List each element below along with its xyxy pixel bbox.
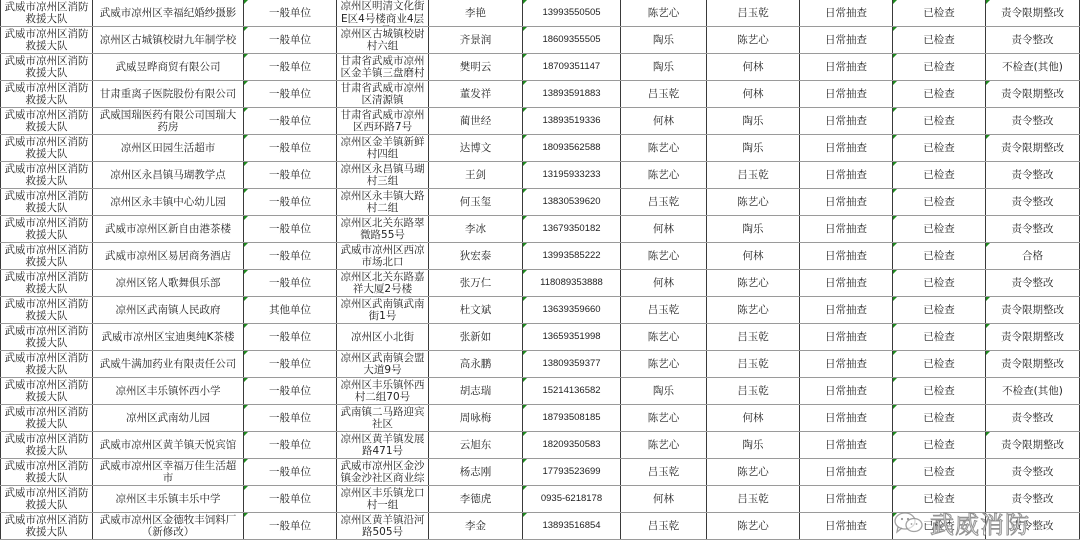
check-type-cell[interactable]: 日常抽查 [800, 54, 893, 81]
brigade-cell[interactable]: 武威市凉州区消防救援大队 [1, 486, 93, 513]
inspector2-cell[interactable]: 陈艺心 [707, 297, 800, 324]
unit-name-cell[interactable]: 凉州区武南幼儿园 [93, 405, 244, 432]
contact-cell[interactable]: 李德虎 [429, 486, 523, 513]
address-cell[interactable]: 凉州区丰乐镇怀西村二组70号 [337, 378, 429, 405]
unit-type-cell[interactable]: 一般单位 [244, 378, 337, 405]
contact-cell-text: 何玉玺 [431, 196, 520, 209]
unit-name-cell[interactable]: 凉州区丰乐镇怀西小学 [93, 378, 244, 405]
inspector2-cell[interactable]: 陈艺心 [707, 459, 800, 486]
brigade-cell[interactable]: 武威市凉州区消防救援大队 [1, 459, 93, 486]
brigade-cell[interactable]: 武威市凉州区消防救援大队 [1, 81, 93, 108]
inspector1-cell[interactable]: 陈艺心 [621, 351, 707, 378]
inspector2-cell[interactable]: 吕玉乾 [707, 351, 800, 378]
unit-name-cell[interactable]: 凉州区永昌镇马瑚教学点 [93, 162, 244, 189]
contact-cell[interactable]: 王剑 [429, 162, 523, 189]
brigade-cell[interactable]: 武威市凉州区消防救援大队 [1, 432, 93, 459]
result-cell-text: 合格 [988, 250, 1077, 263]
brigade-cell[interactable]: 武威市凉州区消防救援大队 [1, 216, 93, 243]
unit-type-cell-text: 一般单位 [246, 169, 334, 182]
status-cell[interactable]: 已检查 [893, 0, 986, 27]
unit-name-cell[interactable]: 凉州区田园生活超市 [93, 135, 244, 162]
contact-cell[interactable]: 齐景润 [429, 27, 523, 54]
inspector2-cell-text: 陈艺心 [709, 277, 797, 290]
inspector2-cell[interactable]: 陈艺心 [707, 513, 800, 540]
address-cell-text: 凉州区丰乐镇龙口村一组 [339, 487, 426, 512]
phone-cell[interactable]: 13893516854 [523, 513, 621, 540]
brigade-cell[interactable]: 武威市凉州区消防救援大队 [1, 405, 93, 432]
brigade-cell[interactable]: 武威市凉州区消防救援大队 [1, 135, 93, 162]
phone-cell[interactable]: 13659351998 [523, 324, 621, 351]
unit-name-cell[interactable]: 武威市凉州区新自由港茶楼 [93, 216, 244, 243]
phone-cell[interactable]: 118089353888 [523, 270, 621, 297]
address-cell[interactable]: 凉州区北关东路嘉祥大厦2号楼 [337, 270, 429, 297]
unit-name-cell-text: 甘肃重离子医院股份有限公司 [95, 88, 241, 101]
address-cell[interactable]: 凉州区北关东路翠微路55号 [337, 216, 429, 243]
inspector1-cell[interactable]: 吕玉乾 [621, 189, 707, 216]
brigade-cell[interactable]: 武威市凉州区消防救援大队 [1, 27, 93, 54]
check-type-cell-text: 日常抽查 [802, 304, 890, 317]
phone-cell[interactable]: 13679350182 [523, 216, 621, 243]
unit-type-cell[interactable]: 一般单位 [244, 216, 337, 243]
unit-name-cell[interactable]: 武威牛满加药业有限责任公司 [93, 351, 244, 378]
inspector2-cell[interactable]: 吕玉乾 [707, 162, 800, 189]
unit-name-cell[interactable]: 武威国瑞医药有限公司国瑞大药房 [93, 108, 244, 135]
inspector2-cell-text: 陈艺心 [709, 466, 797, 479]
brigade-cell-text: 武威市凉州区消防救援大队 [3, 1, 90, 26]
table-row: 武威市凉州区消防救援大队凉州区武南幼儿园一般单位武南镇二马路迎宾社区周咏梅187… [1, 405, 1080, 432]
result-cell[interactable]: 责令整改 [986, 162, 1080, 189]
inspector1-cell[interactable]: 陈艺心 [621, 162, 707, 189]
contact-cell[interactable]: 张万仁 [429, 270, 523, 297]
inspector1-cell-text: 陈艺心 [623, 331, 704, 344]
contact-cell-text: 胡志瑞 [431, 385, 520, 398]
inspector1-cell-text: 陈艺心 [623, 439, 704, 452]
unit-type-cell[interactable]: 一般单位 [244, 81, 337, 108]
check-type-cell[interactable]: 日常抽查 [800, 459, 893, 486]
result-cell[interactable]: 不检查(其他) [986, 54, 1080, 81]
unit-type-cell-text: 一般单位 [246, 412, 334, 425]
inspector2-cell[interactable]: 吕玉乾 [707, 0, 800, 27]
contact-cell-text: 樊明云 [431, 61, 520, 74]
inspector2-cell[interactable]: 陶乐 [707, 432, 800, 459]
result-cell[interactable]: 责令整改 [986, 270, 1080, 297]
unit-name-cell-text: 武威市凉州区黄羊镇天悦宾馆 [95, 439, 241, 452]
status-cell[interactable]: 已检查 [893, 270, 986, 297]
inspector2-cell-text: 吕玉乾 [709, 7, 797, 20]
unit-name-cell[interactable]: 凉州区铭人歌舞俱乐部 [93, 270, 244, 297]
status-cell-text: 已检查 [895, 412, 983, 425]
status-cell[interactable]: 已检查 [893, 216, 986, 243]
address-cell[interactable]: 凉州区黄羊镇发展路471号 [337, 432, 429, 459]
phone-cell[interactable]: 18793508185 [523, 405, 621, 432]
unit-type-cell[interactable]: 一般单位 [244, 54, 337, 81]
unit-name-cell[interactable]: 凉州区永丰镇中心幼儿园 [93, 189, 244, 216]
phone-cell[interactable]: 0935-6218178 [523, 486, 621, 513]
contact-cell-text: 张新如 [431, 331, 520, 344]
phone-cell[interactable]: 13993585222 [523, 243, 621, 270]
phone-cell[interactable]: 18209350583 [523, 432, 621, 459]
unit-name-cell-text: 武威昱晔商贸有限公司 [95, 61, 241, 74]
unit-type-cell[interactable]: 一般单位 [244, 486, 337, 513]
brigade-cell[interactable]: 武威市凉州区消防救援大队 [1, 297, 93, 324]
status-cell[interactable]: 已检查 [893, 405, 986, 432]
status-cell-text: 已检查 [895, 115, 983, 128]
inspector2-cell[interactable]: 陶乐 [707, 135, 800, 162]
check-type-cell[interactable]: 日常抽查 [800, 513, 893, 540]
check-type-cell[interactable]: 日常抽查 [800, 486, 893, 513]
table-row: 武威市凉州区消防救援大队凉州区丰乐镇怀西小学一般单位凉州区丰乐镇怀西村二组70号… [1, 378, 1080, 405]
unit-type-cell[interactable]: 一般单位 [244, 135, 337, 162]
unit-type-cell[interactable]: 一般单位 [244, 351, 337, 378]
contact-cell[interactable]: 狄宏泰 [429, 243, 523, 270]
status-cell-text: 已检查 [895, 142, 983, 155]
unit-type-cell[interactable]: 一般单位 [244, 324, 337, 351]
result-cell[interactable]: 责令整改 [986, 513, 1080, 540]
contact-cell[interactable]: 胡志瑞 [429, 378, 523, 405]
result-cell-text: 责令限期整改 [988, 358, 1077, 371]
phone-cell[interactable]: 13809359377 [523, 351, 621, 378]
unit-name-cell-text: 武威市凉州区易居商务酒店 [95, 250, 241, 263]
address-cell[interactable]: 凉州区永昌镇马瑚村三组 [337, 162, 429, 189]
result-cell[interactable]: 责令限期整改 [986, 432, 1080, 459]
contact-cell[interactable]: 杜文斌 [429, 297, 523, 324]
check-type-cell[interactable]: 日常抽查 [800, 216, 893, 243]
contact-cell[interactable]: 李艳 [429, 0, 523, 27]
inspector1-cell[interactable]: 陶乐 [621, 54, 707, 81]
contact-cell[interactable]: 董发祥 [429, 81, 523, 108]
check-type-cell[interactable]: 日常抽查 [800, 378, 893, 405]
brigade-cell[interactable]: 武威市凉州区消防救援大队 [1, 351, 93, 378]
contact-cell-text: 李艳 [431, 7, 520, 20]
unit-type-cell[interactable]: 一般单位 [244, 108, 337, 135]
table-row: 武威市凉州区消防救援大队凉州区铭人歌舞俱乐部一般单位凉州区北关东路嘉祥大厦2号楼… [1, 270, 1080, 297]
result-cell[interactable]: 责令整改 [986, 27, 1080, 54]
check-type-cell[interactable]: 日常抽查 [800, 135, 893, 162]
unit-type-cell[interactable]: 一般单位 [244, 27, 337, 54]
contact-cell[interactable]: 周咏梅 [429, 405, 523, 432]
check-type-cell[interactable]: 日常抽查 [800, 351, 893, 378]
inspector2-cell[interactable]: 何林 [707, 243, 800, 270]
status-cell-text: 已检查 [895, 88, 983, 101]
result-cell[interactable]: 责令整改 [986, 216, 1080, 243]
address-cell[interactable]: 凉州区金羊镇新鲜村四组 [337, 135, 429, 162]
unit-type-cell[interactable]: 其他单位 [244, 297, 337, 324]
inspector2-cell[interactable]: 陶乐 [707, 108, 800, 135]
phone-cell[interactable]: 17793523699 [523, 459, 621, 486]
inspector2-cell-text: 陈艺心 [709, 520, 797, 533]
status-cell[interactable]: 已检查 [893, 378, 986, 405]
result-cell[interactable]: 合格 [986, 243, 1080, 270]
inspector1-cell[interactable]: 吕玉乾 [621, 81, 707, 108]
unit-type-cell[interactable]: 一般单位 [244, 432, 337, 459]
check-type-cell[interactable]: 日常抽查 [800, 0, 893, 27]
check-type-cell[interactable]: 日常抽查 [800, 162, 893, 189]
status-cell-text: 已检查 [895, 331, 983, 344]
check-type-cell[interactable]: 日常抽查 [800, 270, 893, 297]
phone-cell[interactable]: 13893591883 [523, 81, 621, 108]
status-cell-text: 已检查 [895, 304, 983, 317]
status-cell[interactable]: 已检查 [893, 243, 986, 270]
address-cell[interactable]: 凉州区黄羊镇沿河路505号 [337, 513, 429, 540]
phone-cell[interactable]: 13195933233 [523, 162, 621, 189]
contact-cell[interactable]: 达博文 [429, 135, 523, 162]
result-cell[interactable]: 责令限期整改 [986, 135, 1080, 162]
phone-cell[interactable]: 18609355505 [523, 27, 621, 54]
contact-cell-text: 达博文 [431, 142, 520, 155]
result-cell[interactable]: 责令限期整改 [986, 297, 1080, 324]
contact-cell-text: 李金 [431, 520, 520, 533]
address-cell[interactable]: 凉州区武南镇武南街1号 [337, 297, 429, 324]
unit-name-cell[interactable]: 武威市凉州区黄羊镇天悦宾馆 [93, 432, 244, 459]
result-cell[interactable]: 不检查(其他) [986, 378, 1080, 405]
table-row: 武威市凉州区消防救援大队甘肃重离子医院股份有限公司一般单位甘肃省武威市凉州区清源… [1, 81, 1080, 108]
contact-cell-text: 周咏梅 [431, 412, 520, 425]
inspector1-cell[interactable]: 何林 [621, 108, 707, 135]
unit-type-cell[interactable]: 一般单位 [244, 162, 337, 189]
phone-cell-text: 17793523699 [525, 466, 618, 479]
inspector1-cell[interactable]: 陈艺心 [621, 135, 707, 162]
inspector2-cell[interactable]: 吕玉乾 [707, 324, 800, 351]
status-cell[interactable]: 已检查 [893, 135, 986, 162]
status-cell[interactable]: 已检查 [893, 513, 986, 540]
status-cell[interactable]: 已检查 [893, 486, 986, 513]
phone-cell[interactable]: 18709351147 [523, 54, 621, 81]
check-type-cell[interactable]: 日常抽查 [800, 297, 893, 324]
result-cell[interactable]: 责令限期整改 [986, 0, 1080, 27]
inspector1-cell[interactable]: 何林 [621, 486, 707, 513]
inspector2-cell[interactable]: 何林 [707, 405, 800, 432]
inspector1-cell-text: 吕玉乾 [623, 88, 704, 101]
inspector1-cell[interactable]: 吕玉乾 [621, 459, 707, 486]
inspector2-cell[interactable]: 陶乐 [707, 216, 800, 243]
status-cell-text: 已检查 [895, 196, 983, 209]
result-cell[interactable]: 责令整改 [986, 405, 1080, 432]
phone-cell-text: 13195933233 [525, 169, 618, 182]
status-cell[interactable]: 已检查 [893, 459, 986, 486]
brigade-cell-text: 武威市凉州区消防救援大队 [3, 82, 90, 107]
brigade-cell[interactable]: 武威市凉州区消防救援大队 [1, 189, 93, 216]
phone-cell[interactable]: 18093562588 [523, 135, 621, 162]
table-row: 武威市凉州区消防救援大队武威牛满加药业有限责任公司一般单位凉州区武南镇会盟大道9… [1, 351, 1080, 378]
brigade-cell-text: 武威市凉州区消防救援大队 [3, 433, 90, 458]
inspector1-cell[interactable]: 陈艺心 [621, 243, 707, 270]
result-cell[interactable]: 责令整改 [986, 459, 1080, 486]
unit-name-cell[interactable]: 武威市凉州区易居商务酒店 [93, 243, 244, 270]
unit-type-cell[interactable]: 一般单位 [244, 243, 337, 270]
brigade-cell[interactable]: 武威市凉州区消防救援大队 [1, 513, 93, 540]
unit-name-cell[interactable]: 凉州区武南镇人民政府 [93, 297, 244, 324]
inspector2-cell[interactable]: 何林 [707, 54, 800, 81]
brigade-cell[interactable]: 武威市凉州区消防救援大队 [1, 324, 93, 351]
inspector1-cell[interactable]: 吕玉乾 [621, 297, 707, 324]
phone-cell-text: 13809359377 [525, 358, 618, 371]
inspector1-cell[interactable]: 陈艺心 [621, 432, 707, 459]
status-cell-text: 已检查 [895, 7, 983, 20]
inspector1-cell[interactable]: 何林 [621, 270, 707, 297]
check-type-cell[interactable]: 日常抽查 [800, 81, 893, 108]
inspector2-cell[interactable]: 陈艺心 [707, 189, 800, 216]
address-cell[interactable]: 凉州区小北街 [337, 324, 429, 351]
status-cell[interactable]: 已检查 [893, 189, 986, 216]
check-type-cell[interactable]: 日常抽查 [800, 432, 893, 459]
address-cell[interactable]: 凉州区武南镇会盟大道9号 [337, 351, 429, 378]
address-cell[interactable]: 甘肃省武威市凉州区清源镇 [337, 81, 429, 108]
inspector2-cell[interactable]: 陈艺心 [707, 270, 800, 297]
contact-cell[interactable]: 蔺世经 [429, 108, 523, 135]
contact-cell[interactable]: 高永鹏 [429, 351, 523, 378]
phone-cell[interactable]: 13993550505 [523, 0, 621, 27]
status-cell[interactable]: 已检查 [893, 54, 986, 81]
inspector2-cell[interactable]: 何林 [707, 81, 800, 108]
inspector2-cell[interactable]: 吕玉乾 [707, 486, 800, 513]
brigade-cell[interactable]: 武威市凉州区消防救援大队 [1, 378, 93, 405]
inspector1-cell-text: 何林 [623, 223, 704, 236]
unit-name-cell[interactable]: 武威昱晔商贸有限公司 [93, 54, 244, 81]
status-cell[interactable]: 已检查 [893, 297, 986, 324]
unit-name-cell-text: 武威市凉州区新自由港茶楼 [95, 223, 241, 236]
unit-type-cell[interactable]: 一般单位 [244, 189, 337, 216]
unit-type-cell-text: 一般单位 [246, 520, 334, 533]
address-cell[interactable]: 武威市凉州区西凉市场北口 [337, 243, 429, 270]
unit-type-cell-text: 一般单位 [246, 277, 334, 290]
result-cell-text: 不检查(其他) [988, 61, 1077, 74]
result-cell[interactable]: 责令整改 [986, 108, 1080, 135]
contact-cell-text: 王剑 [431, 169, 520, 182]
table-row: 武威市凉州区消防救援大队武威市凉州区黄羊镇天悦宾馆一般单位凉州区黄羊镇发展路47… [1, 432, 1080, 459]
phone-cell[interactable]: 13639359660 [523, 297, 621, 324]
status-cell[interactable]: 已检查 [893, 324, 986, 351]
unit-name-cell[interactable]: 武威市凉州区幸福万佳生活超市 [93, 459, 244, 486]
address-cell[interactable]: 武威市凉州区金沙镇金沙社区商业综 [337, 459, 429, 486]
phone-cell-text: 13659351998 [525, 331, 618, 344]
check-type-cell[interactable]: 日常抽查 [800, 324, 893, 351]
status-cell[interactable]: 已检查 [893, 162, 986, 189]
status-cell[interactable]: 已检查 [893, 81, 986, 108]
result-cell-text: 责令限期整改 [988, 439, 1077, 452]
unit-name-cell[interactable]: 武威市凉州区金德牧丰饲料厂（新修改） [93, 513, 244, 540]
address-cell[interactable]: 凉州区永丰镇大路村二组 [337, 189, 429, 216]
unit-type-cell-text: 一般单位 [246, 223, 334, 236]
unit-name-cell[interactable]: 凉州区古城镇校尉九年制学校 [93, 27, 244, 54]
unit-type-cell-text: 一般单位 [246, 385, 334, 398]
inspector2-cell-text: 陶乐 [709, 142, 797, 155]
brigade-cell[interactable]: 武威市凉州区消防救援大队 [1, 108, 93, 135]
brigade-cell-text: 武威市凉州区消防救援大队 [3, 55, 90, 80]
check-type-cell-text: 日常抽查 [802, 385, 890, 398]
result-cell[interactable]: 责令整改 [986, 189, 1080, 216]
address-cell[interactable]: 凉州区丰乐镇龙口村一组 [337, 486, 429, 513]
address-cell-text: 甘肃省武威市凉州区西环路7号 [339, 109, 426, 134]
result-cell[interactable]: 责令限期整改 [986, 81, 1080, 108]
address-cell[interactable]: 武南镇二马路迎宾社区 [337, 405, 429, 432]
contact-cell-text: 齐景润 [431, 34, 520, 47]
address-cell-text: 凉州区黄羊镇沿河路505号 [339, 514, 426, 539]
inspector2-cell-text: 何林 [709, 61, 797, 74]
brigade-cell[interactable]: 武威市凉州区消防救援大队 [1, 162, 93, 189]
brigade-cell[interactable]: 武威市凉州区消防救援大队 [1, 0, 93, 27]
inspector2-cell[interactable]: 陈艺心 [707, 27, 800, 54]
inspector1-cell[interactable]: 陶乐 [621, 378, 707, 405]
result-cell[interactable]: 责令限期整改 [986, 324, 1080, 351]
result-cell-text: 责令限期整改 [988, 304, 1077, 317]
unit-name-cell[interactable]: 武威市凉州区幸福纪婚纱摄影 [93, 0, 244, 27]
check-type-cell[interactable]: 日常抽查 [800, 189, 893, 216]
status-cell[interactable]: 已检查 [893, 108, 986, 135]
unit-type-cell[interactable]: 一般单位 [244, 0, 337, 27]
address-cell-text: 凉州区北关东路翠微路55号 [339, 217, 426, 242]
unit-type-cell-text: 一般单位 [246, 196, 334, 209]
contact-cell[interactable]: 李金 [429, 513, 523, 540]
check-type-cell[interactable]: 日常抽查 [800, 27, 893, 54]
check-type-cell[interactable]: 日常抽查 [800, 108, 893, 135]
status-cell[interactable]: 已检查 [893, 432, 986, 459]
address-cell[interactable]: 凉州区古城镇校尉村六组 [337, 27, 429, 54]
inspector1-cell[interactable]: 陈艺心 [621, 0, 707, 27]
check-type-cell-text: 日常抽查 [802, 493, 890, 506]
contact-cell[interactable]: 张新如 [429, 324, 523, 351]
contact-cell[interactable]: 樊明云 [429, 54, 523, 81]
inspector1-cell[interactable]: 陈艺心 [621, 405, 707, 432]
check-type-cell[interactable]: 日常抽查 [800, 243, 893, 270]
inspector2-cell[interactable]: 吕玉乾 [707, 378, 800, 405]
inspector1-cell[interactable]: 陶乐 [621, 27, 707, 54]
table-row: 武威市凉州区消防救援大队凉州区武南镇人民政府其他单位凉州区武南镇武南街1号杜文斌… [1, 297, 1080, 324]
contact-cell[interactable]: 云旭东 [429, 432, 523, 459]
contact-cell-text: 高永鹏 [431, 358, 520, 371]
brigade-cell[interactable]: 武威市凉州区消防救援大队 [1, 243, 93, 270]
inspector2-cell-text: 陈艺心 [709, 196, 797, 209]
unit-type-cell[interactable]: 一般单位 [244, 513, 337, 540]
table-row: 武威市凉州区消防救援大队凉州区古城镇校尉九年制学校一般单位凉州区古城镇校尉村六组… [1, 27, 1080, 54]
result-cell-text: 责令整改 [988, 277, 1077, 290]
inspector1-cell[interactable]: 吕玉乾 [621, 513, 707, 540]
status-cell[interactable]: 已检查 [893, 27, 986, 54]
inspector1-cell-text: 何林 [623, 493, 704, 506]
brigade-cell[interactable]: 武威市凉州区消防救援大队 [1, 54, 93, 81]
contact-cell[interactable]: 李冰 [429, 216, 523, 243]
table-row: 武威市凉州区消防救援大队武威市凉州区幸福纪婚纱摄影一般单位凉州区明清文化街E区4… [1, 0, 1080, 27]
address-cell[interactable]: 甘肃省武威市凉州区西环路7号 [337, 108, 429, 135]
unit-type-cell-text: 一般单位 [246, 142, 334, 155]
phone-cell[interactable]: 13830539620 [523, 189, 621, 216]
result-cell[interactable]: 责令限期整改 [986, 351, 1080, 378]
phone-cell[interactable]: 13893519336 [523, 108, 621, 135]
address-cell[interactable]: 甘肃省武威市凉州区金羊镇三盘磨村 [337, 54, 429, 81]
unit-name-cell[interactable]: 武威市凉州区宝迪奥纯K茶楼 [93, 324, 244, 351]
brigade-cell-text: 武威市凉州区消防救援大队 [3, 136, 90, 161]
unit-type-cell[interactable]: 一般单位 [244, 459, 337, 486]
brigade-cell[interactable]: 武威市凉州区消防救援大队 [1, 270, 93, 297]
unit-name-cell[interactable]: 凉州区丰乐镇丰乐中学 [93, 486, 244, 513]
check-type-cell-text: 日常抽查 [802, 115, 890, 128]
table-row: 武威市凉州区消防救援大队凉州区永昌镇马瑚教学点一般单位凉州区永昌镇马瑚村三组王剑… [1, 162, 1080, 189]
inspector1-cell[interactable]: 何林 [621, 216, 707, 243]
unit-type-cell[interactable]: 一般单位 [244, 405, 337, 432]
phone-cell[interactable]: 15214136582 [523, 378, 621, 405]
phone-cell-text: 18709351147 [525, 61, 618, 74]
inspector1-cell[interactable]: 陈艺心 [621, 324, 707, 351]
unit-type-cell-text: 一般单位 [246, 7, 334, 20]
address-cell[interactable]: 凉州区明清文化街E区4号楼商业4层3号 [337, 0, 429, 27]
unit-type-cell[interactable]: 一般单位 [244, 270, 337, 297]
unit-type-cell-text: 一般单位 [246, 115, 334, 128]
unit-name-cell[interactable]: 甘肃重离子医院股份有限公司 [93, 81, 244, 108]
result-cell[interactable]: 责令整改 [986, 486, 1080, 513]
check-type-cell[interactable]: 日常抽查 [800, 405, 893, 432]
contact-cell[interactable]: 何玉玺 [429, 189, 523, 216]
contact-cell[interactable]: 杨志刚 [429, 459, 523, 486]
status-cell[interactable]: 已检查 [893, 351, 986, 378]
